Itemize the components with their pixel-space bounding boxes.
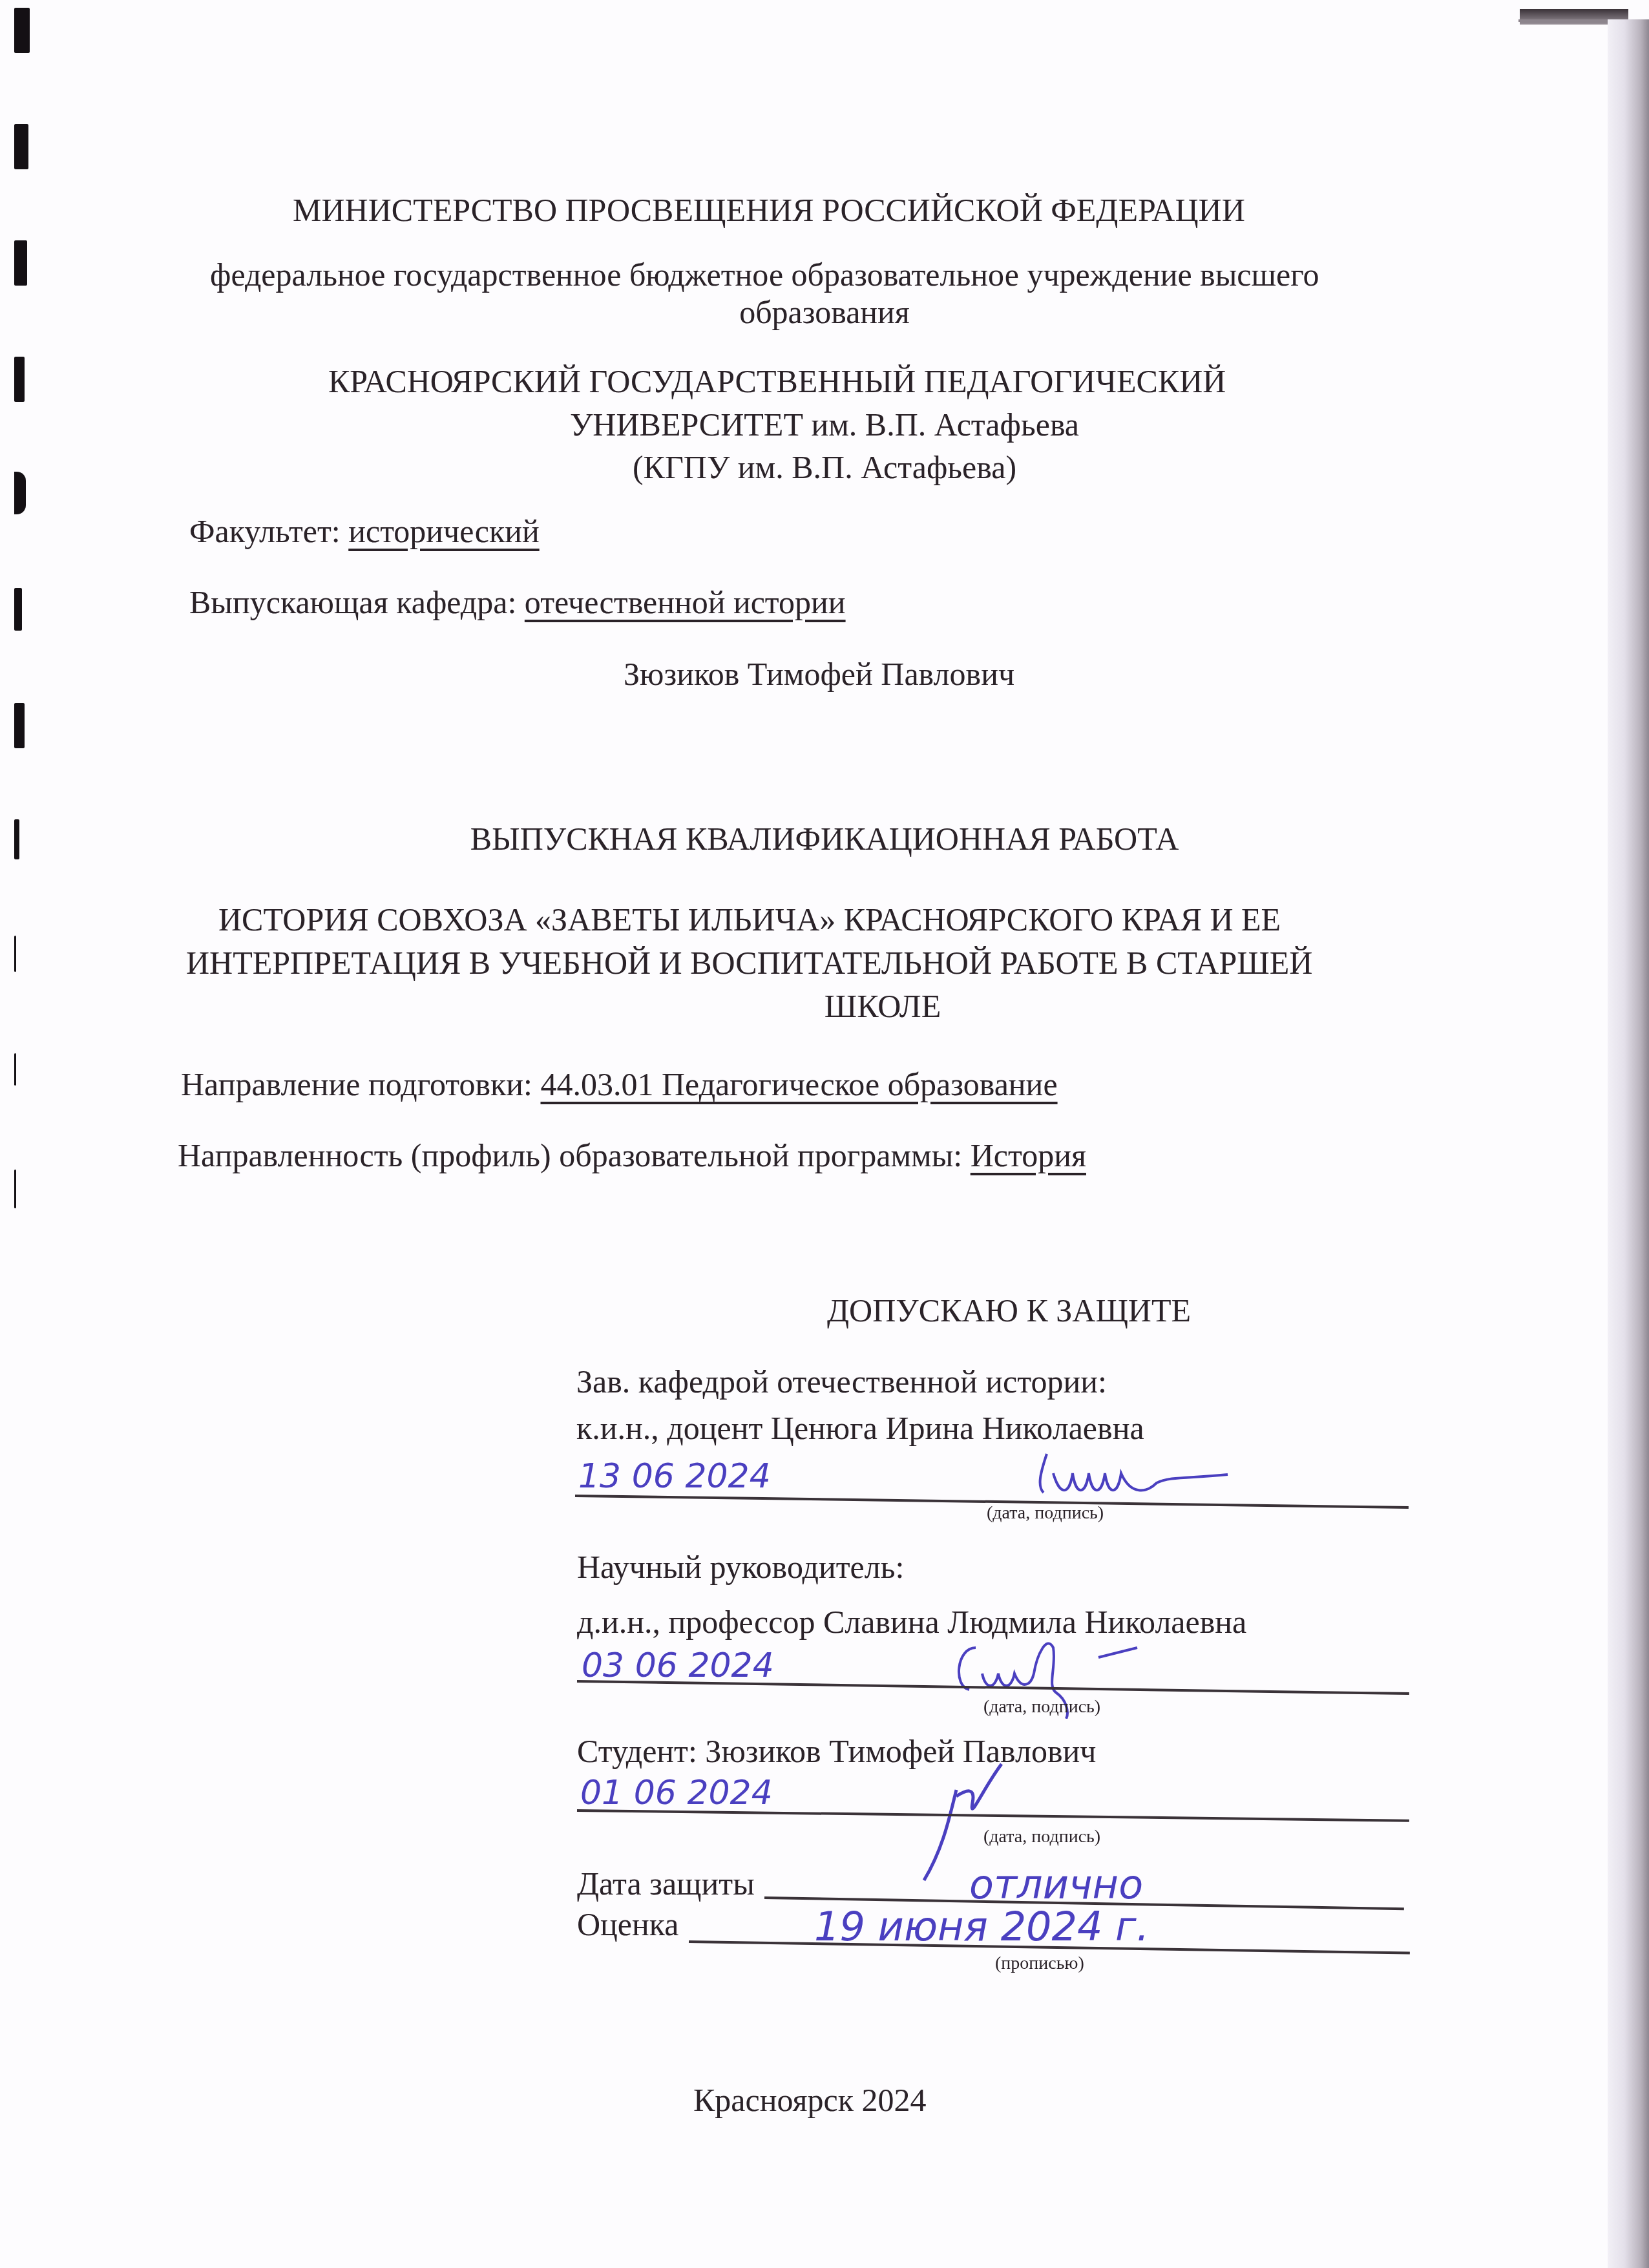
grade-label: Оценка — [577, 1905, 679, 1944]
head-of-department-name: к.и.н., доцент Ценюга Ирина Николаевна — [576, 1409, 1144, 1447]
student-date: 01 06 2024 — [580, 1774, 773, 1812]
binding-holes — [14, 0, 40, 1228]
supervisor-name: д.и.н., профессор Славина Людмила Никола… — [577, 1602, 1246, 1641]
institution-type-line2: образования — [0, 293, 1649, 331]
faculty-label: Факультет: — [189, 513, 348, 549]
faculty-value: исторический — [348, 513, 539, 549]
university-name-line1: КРАСНОЯРСКИЙ ГОСУДАРСТВЕННЫЙ ПЕДАГОГИЧЕС… — [328, 362, 1226, 401]
approval-heading: ДОПУСКАЮ К ЗАЩИТЕ — [827, 1291, 1191, 1330]
direction-value: 44.03.01 Педагогическое образование — [541, 1066, 1058, 1102]
defense-date-label: Дата защиты — [577, 1864, 755, 1903]
direction-field: Направление подготовки: 44.03.01 Педагог… — [181, 1065, 1058, 1104]
thesis-title-line3: ШКОЛЕ — [58, 987, 1649, 1025]
head-of-department-role: Зав. кафедрой отечественной истории: — [576, 1362, 1107, 1401]
page-stack-line — [1518, 19, 1609, 22]
grade-caption: (прописью) — [995, 1953, 1084, 1975]
profile-value: История — [971, 1137, 1086, 1173]
university-abbreviation: (КГПУ им. В.П. Астафьева) — [0, 448, 1649, 487]
university-name-line2: УНИВЕРСИТЕТ им. В.П. Астафьева — [0, 405, 1649, 444]
faculty-field: Факультет: исторический — [189, 512, 540, 551]
profile-field: Направленность (профиль) образовательной… — [178, 1136, 1086, 1175]
student-caption: (дата, подпись) — [983, 1826, 1100, 1848]
department-label: Выпускающая кафедра: — [189, 584, 525, 620]
work-type: ВЫПУСКНАЯ КВАЛИФИКАЦИОННАЯ РАБОТА — [0, 819, 1649, 858]
thesis-title-line2: ИНТЕРПРЕТАЦИЯ В УЧЕБНОЙ И ВОСПИТАТЕЛЬНОЙ… — [186, 943, 1312, 982]
head-of-department-signature — [1034, 1447, 1241, 1506]
department-value: отечественной истории — [525, 584, 846, 620]
page-stack-edge-right — [1608, 19, 1649, 2268]
department-field: Выпускающая кафедра: отечественной истор… — [189, 583, 846, 622]
supervisor-date: 03 06 2024 — [582, 1646, 774, 1685]
author-name: Зюзиков Тимофей Павлович — [624, 655, 1014, 693]
head-of-department-caption: (дата, подпись) — [987, 1502, 1104, 1524]
head-of-department-date: 13 06 2024 — [578, 1457, 771, 1496]
institution-type-line1: федеральное государственное бюджетное об… — [210, 255, 1319, 294]
supervisor-caption: (дата, подпись) — [983, 1696, 1100, 1718]
ministry-name: МИНИСТЕРСТВО ПРОСВЕЩЕНИЯ РОССИЙСКОЙ ФЕДЕ… — [293, 191, 1245, 229]
profile-label: Направленность (профиль) образовательной… — [178, 1137, 971, 1173]
direction-label: Направление подготовки: — [181, 1066, 541, 1102]
supervisor-role: Научный руководитель: — [577, 1548, 904, 1586]
city-year: Красноярск 2024 — [693, 2081, 927, 2119]
thesis-title-line1: ИСТОРИЯ СОВХОЗА «ЗАВЕТЫ ИЛЬИЧА» КРАСНОЯР… — [218, 900, 1281, 939]
